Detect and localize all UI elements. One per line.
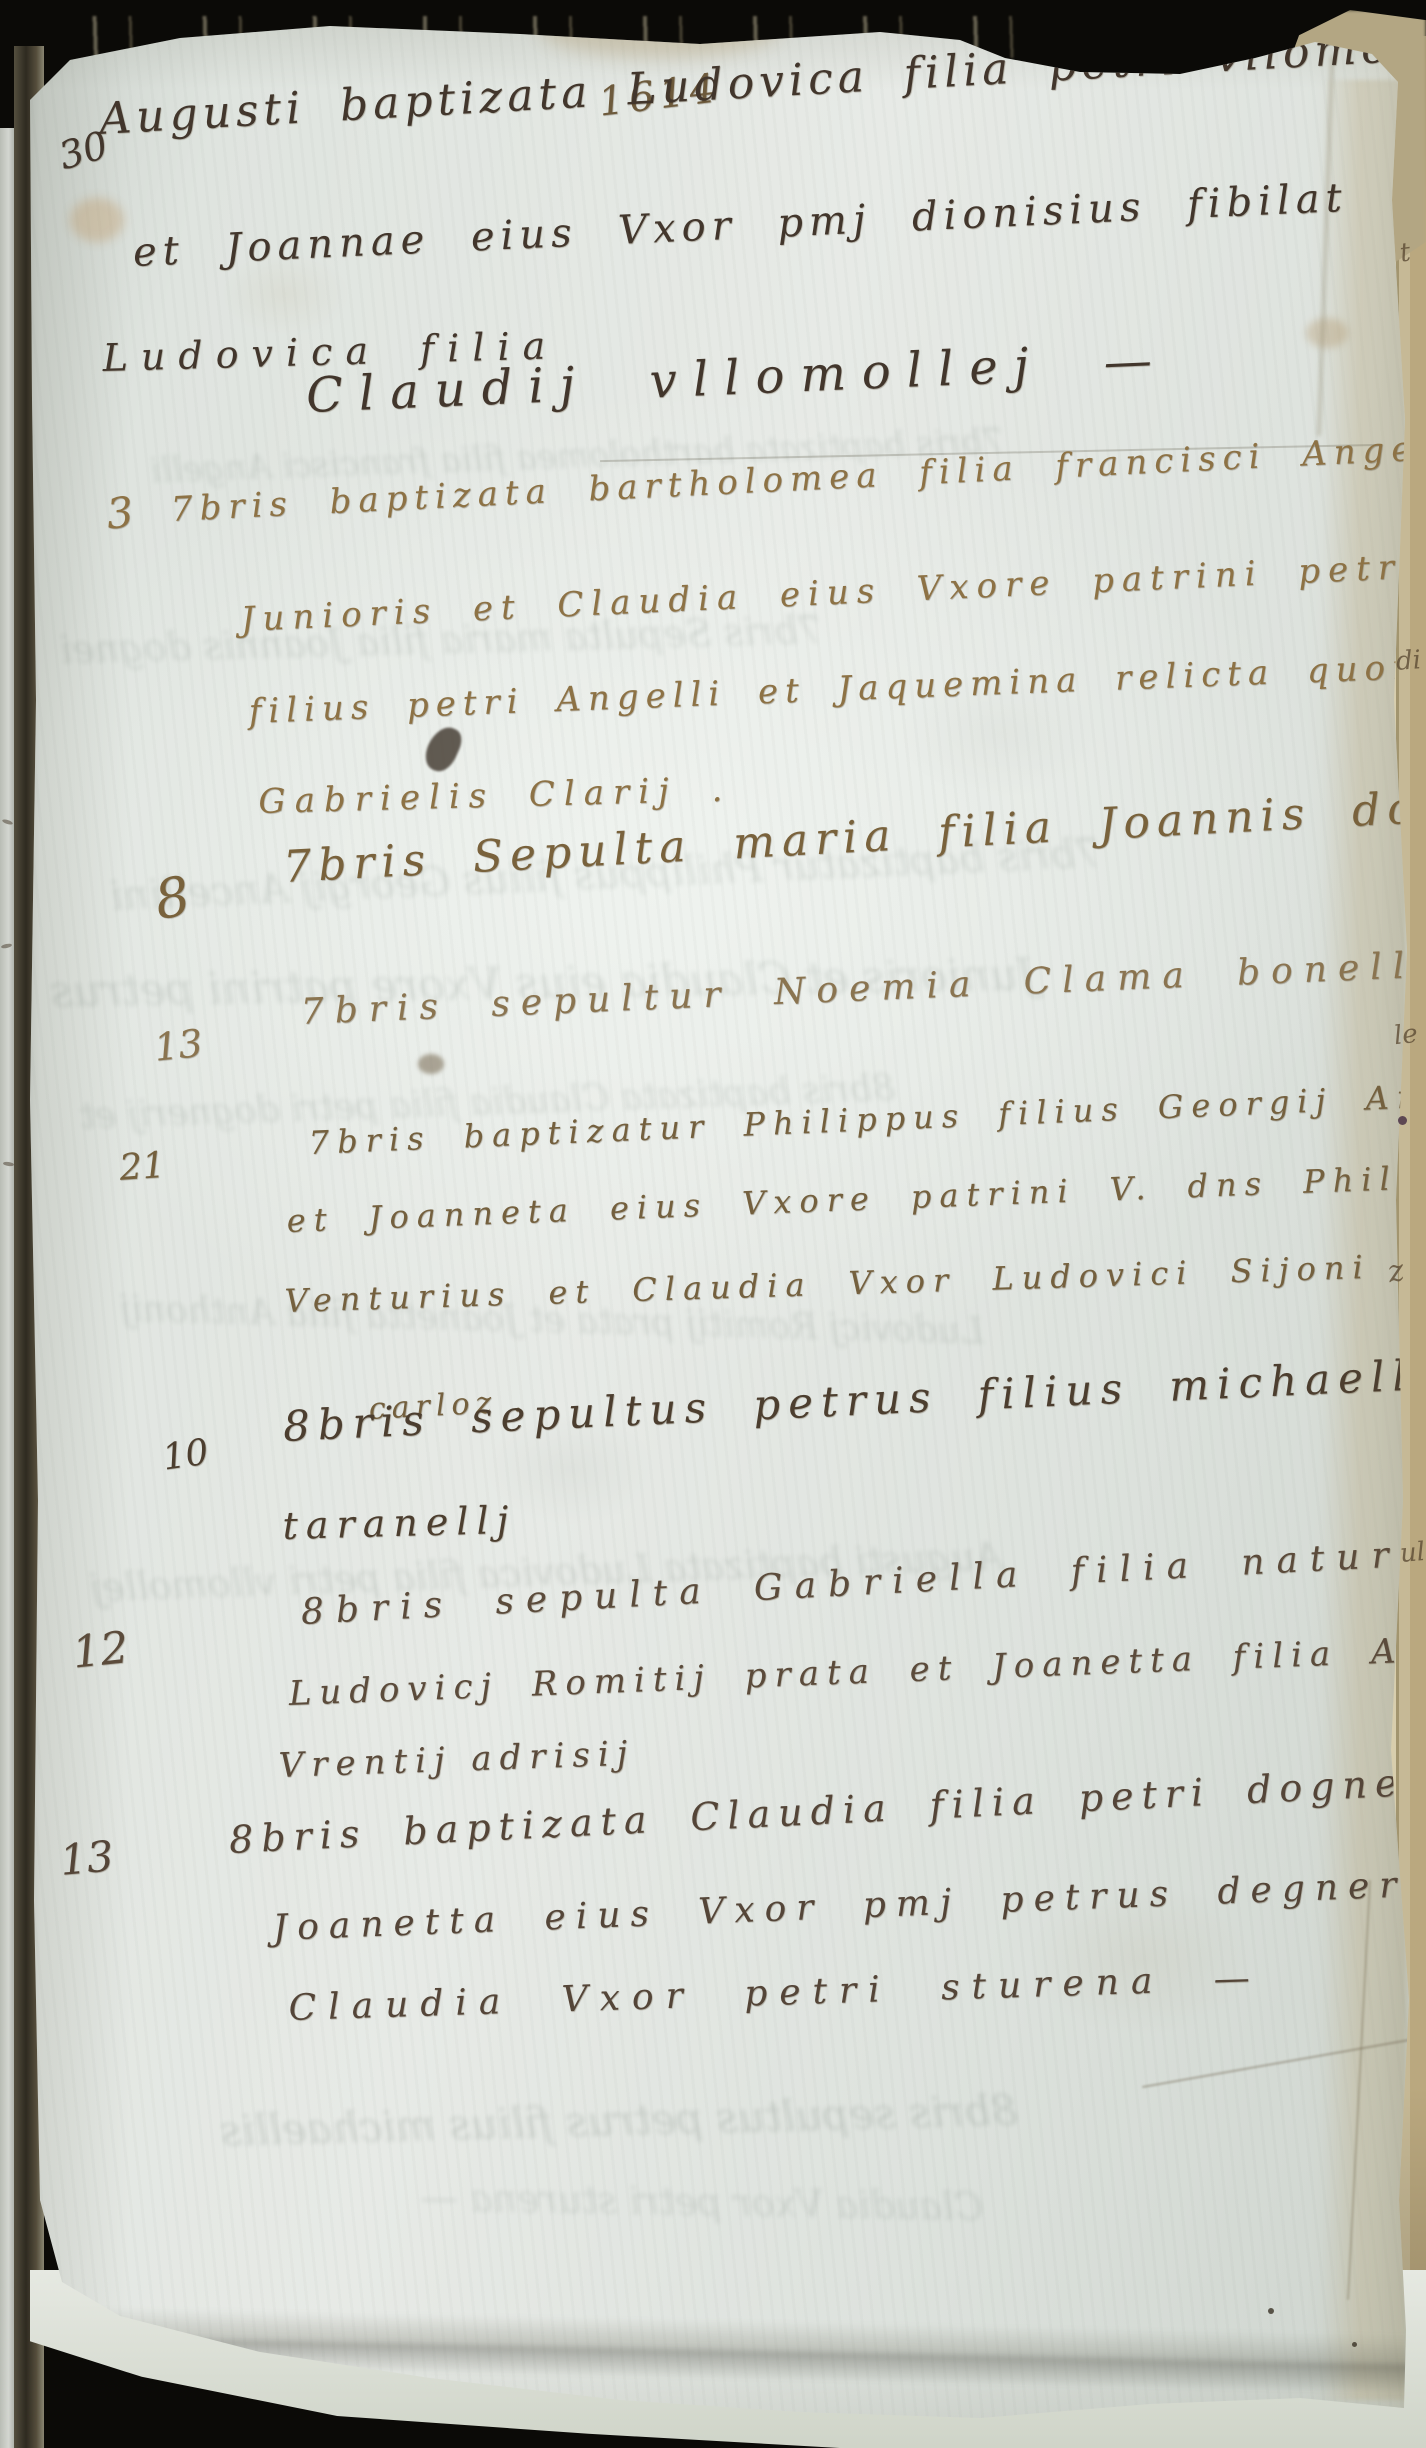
ink-blot xyxy=(420,722,466,776)
crease-line xyxy=(1142,2034,1426,2088)
paper-stain xyxy=(418,1054,444,1074)
manuscript-page: 7bris baptizata bartholomea filia franci… xyxy=(0,0,1426,2448)
crease-line xyxy=(1317,56,1333,436)
entry-text-line: Claudia Vxor petri sturena — xyxy=(288,1957,1262,2029)
adjacent-page-text-fragment: di xyxy=(1395,645,1422,677)
adjacent-page-text-fragment: ul xyxy=(1399,1537,1426,1569)
entry-text-line: et Joanneta eius Vxore patrini V. dns Ph… xyxy=(286,1154,1426,1240)
paper-stain xyxy=(70,198,124,242)
entry-text-line: taranellj xyxy=(282,1498,517,1548)
ink-showthrough-ghost: 8bris sepultus petrus filius michaellis xyxy=(219,2086,1018,2156)
entry-text-line: Joanetta eius Vxor pmj petrus degnerius xyxy=(272,1861,1426,1949)
entry-day-number: 12 xyxy=(70,1622,131,1679)
paper-stain xyxy=(1306,318,1348,348)
entry-text-line: Junioris et Claudia eius Vxore patrini p… xyxy=(240,545,1426,640)
entry-text-line: 7bris sepultur Noemia Clama bonellia xyxy=(300,943,1426,1033)
entry-day-number: 3 xyxy=(104,487,136,539)
entry-text-line: et Joannae eius Vxor pmj dionisius fibil… xyxy=(132,175,1349,276)
entry-text-line: Ludovicj Romitij prata et Joanetta filia… xyxy=(288,1624,1426,1714)
entry-day-number: 21 xyxy=(118,1145,167,1189)
entry-text-line: Gabrielis Clarij . xyxy=(258,770,732,822)
entry-day-number: 13 xyxy=(58,1831,116,1884)
register-page-photo: 7bris baptizata bartholomea filia franci… xyxy=(0,0,1426,2448)
entry-text-line: Venturius et Claudia Vxor Ludovici Sijon… xyxy=(284,1248,1371,1320)
entry-text-line: filius petri Angelli et Jaquemina relict… xyxy=(248,643,1426,732)
entry-day-number: 8 xyxy=(150,864,195,932)
entry-day-number: 13 xyxy=(152,1021,205,1070)
entry-text-line: 8bris sepulta Gabriella filia naturalis xyxy=(300,1529,1426,1633)
entry-text-line: Vrentij adrisij xyxy=(278,1734,636,1786)
adjacent-page-text-fragment: le xyxy=(1392,1019,1419,1051)
ink-showthrough-ghost: Claudia Vxor petri sturena — xyxy=(420,2175,984,2229)
worn-right-edge xyxy=(1322,80,1406,2400)
entry-text-line: 7bris baptizatur Philippus filius Georgi… xyxy=(308,1071,1426,1162)
ink-speck xyxy=(1268,2308,1274,2314)
entry-text-line: 8bris sepultus petrus filius michaellis xyxy=(282,1348,1426,1451)
crease-line xyxy=(1347,1880,1371,2300)
entry-text-line: 7bris baptizata bartholomea filia franci… xyxy=(170,426,1426,530)
entry-day-number: 10 xyxy=(160,1432,211,1479)
